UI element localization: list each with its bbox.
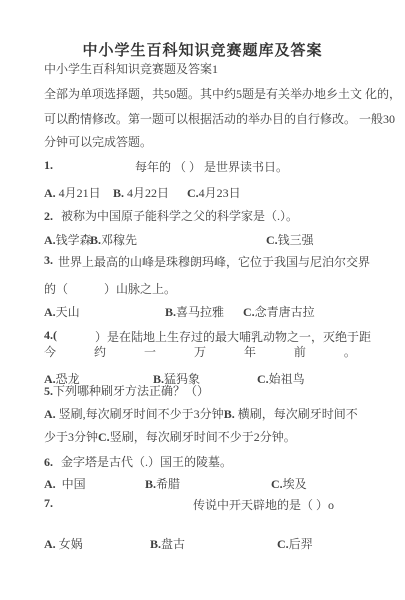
question-3-options: A.天山 B.喜马拉雅 C.念青唐古拉 (44, 303, 384, 319)
option-2b-text: 邓稼先 (101, 233, 137, 247)
justified-word: 前 (294, 343, 306, 360)
option-4c-text: 始祖鸟 (269, 372, 305, 386)
option-5a-text: 竖刷,每次刷牙时间不少于3分钟 (56, 407, 224, 421)
question-7-options: A. 女娲 B.盘古 C.后羿 (44, 535, 384, 551)
option-7a-label: A. (44, 537, 56, 551)
question-2-text: 被称为中国原子能科学之父的科学家是（.）。 (61, 209, 298, 223)
question-2: 2. 被称为中国原子能科学之父的科学家是（.）。 (44, 207, 298, 224)
option-5b-text: 横刷，每次刷牙时间不 (235, 407, 358, 421)
option-3b-text: 喜马拉雅 (176, 305, 224, 319)
question-1-text: 每年的 （ ） 是世界读书日。 (135, 158, 288, 175)
question-7-number: 7. (44, 496, 53, 510)
question-4: 4.( ）是在陆地上生存过的最大哺乳动物之一，灭绝于距 (44, 328, 57, 343)
option-5c-label: C. (98, 430, 110, 444)
option-5b-text-continued: 少于3分钟 (44, 430, 98, 444)
justified-word: 今 (44, 343, 56, 360)
option-2a-label: A. (44, 233, 56, 247)
question-3-text-2: 的（ ）山脉之上。 (44, 280, 176, 297)
option-5c-text: 竖刷，每次刷牙时间不少于2分钟。 (110, 430, 296, 444)
option-1a-text: 4月21日 (56, 186, 101, 200)
option-5a-label: A. (44, 407, 56, 421)
option-7c-text: 后羿 (289, 537, 313, 551)
question-3-text: 世界上最高的山峰是珠穆朗玛峰，它位于我国与尼泊尔交界 (58, 253, 370, 270)
option-7b-text: 盘古 (161, 537, 185, 551)
option-1b: B. 4月22日 (113, 184, 169, 201)
option-6a: A. 中国 (44, 475, 86, 492)
option-6c-text: 埃及 (283, 477, 307, 491)
option-1b-label: B. (113, 186, 124, 200)
justified-word: 年 (244, 343, 256, 360)
question-1-options: A. 4月21日 B. 4月22日 C.4月23日 (44, 184, 384, 200)
option-1a: A. 4月21日 (44, 184, 101, 201)
option-7c-label: C. (277, 537, 289, 551)
option-1b-text: 4月22日 (124, 186, 169, 200)
option-6b: B.希腊 (145, 475, 180, 492)
justified-word: 万 (194, 343, 206, 360)
question-5-text: 下列哪种刷牙方法正确？（） (53, 384, 209, 398)
option-3c: C.念青唐古拉 (243, 303, 315, 320)
question-6-options: A. 中国 B.希腊 C.埃及 (44, 475, 384, 491)
intro-line-3: 分钟可以完成答题。 (44, 133, 152, 150)
question-2-number: 2. (44, 209, 53, 223)
option-2a: A.钱学森 (44, 231, 92, 248)
option-7b-label: B. (150, 537, 161, 551)
question-6-text: 金字塔是古代（.）国王的陵墓。 (61, 455, 232, 469)
option-1c-text: 4月23日 (199, 186, 241, 200)
option-6a-text: 中国 (56, 477, 86, 491)
option-1c: C.4月23日 (187, 184, 241, 201)
option-2b-label: B. (90, 233, 101, 247)
question-2-options: A.钱学森 B.邓稼先 C.钱三强 (44, 231, 384, 247)
option-3b-label: B. (165, 305, 176, 319)
option-6b-text: 希腊 (156, 477, 180, 491)
option-2c-text: 钱三强 (278, 233, 314, 247)
option-6a-label: A. (44, 477, 56, 491)
option-7b: B.盘古 (150, 535, 185, 552)
option-7a-text: 女娲 (56, 537, 83, 551)
option-5b-label: B. (224, 407, 235, 421)
question-5-answer-line-1: A. 竖刷,每次刷牙时间不少于3分钟B. 横刷，每次刷牙时间不 (44, 405, 358, 422)
option-3a-label: A. (44, 305, 56, 319)
justified-word: 约 (94, 343, 106, 360)
question-6: 6. 金字塔是古代（.）国王的陵墓。 (44, 453, 232, 470)
intro-line-1: 全部为单项选择题，共50题。其中约5题是有关举办地乡土文 化的， (44, 85, 401, 102)
question-6-number: 6. (44, 455, 53, 469)
option-1c-label: C. (187, 186, 199, 200)
option-3a-text: 天山 (56, 305, 80, 319)
question-3: 3. 世界上最高的山峰是珠穆朗玛峰，它位于我国与尼泊尔交界 (44, 253, 53, 268)
justified-word: 一 (144, 343, 156, 360)
option-3c-text: 念青唐古拉 (255, 305, 315, 319)
document-page: 中小学生百科知识竞赛题库及答案 中小学生百科知识竞赛题及答案1 全部为单项选择题… (0, 0, 405, 600)
question-7-text: 传说中开天辟地的是（ ）o (193, 496, 334, 513)
justified-word: 。 (344, 343, 356, 360)
option-1a-label: A. (44, 186, 56, 200)
option-3b: B.喜马拉雅 (165, 303, 224, 320)
question-4-justified-line: 今 约 一 万 年 前 。 (44, 343, 356, 360)
document-title: 中小学生百科知识竞赛题库及答案 (0, 39, 405, 60)
option-7a: A. 女娲 (44, 535, 83, 552)
option-7c: C.后羿 (277, 535, 313, 552)
option-6c-label: C. (271, 477, 283, 491)
question-4-number: 4.( (44, 328, 57, 342)
option-2c-label: C. (266, 233, 278, 247)
option-6b-label: B. (145, 477, 156, 491)
question-5-number: 5. (44, 384, 53, 398)
option-3c-label: C. (243, 305, 255, 319)
question-5-answer-line-2: 少于3分钟C.竖刷，每次刷牙时间不少于2分钟。 (44, 428, 296, 445)
question-7: 7. 传说中开天辟地的是（ ）o (44, 496, 53, 511)
option-6c: C.埃及 (271, 475, 307, 492)
question-3-number: 3. (44, 253, 53, 267)
option-3a: A.天山 (44, 303, 80, 320)
question-5: 5.下列哪种刷牙方法正确？（） (44, 382, 209, 399)
option-2c: C.钱三强 (266, 231, 314, 248)
option-4c: C.始祖鸟 (257, 370, 305, 387)
question-1-number: 1. (44, 158, 53, 172)
intro-line-2: 可以酌情修改。第一题可以根据活动的举办目的自行修改。 一般30 (44, 110, 395, 127)
option-2a-text: 钱学森 (56, 233, 92, 247)
option-4c-label: C. (257, 372, 269, 386)
document-subtitle: 中小学生百科知识竞赛题及答案1 (44, 60, 218, 77)
question-1: 1. 每年的 （ ） 是世界读书日。 (44, 158, 53, 173)
option-2b: B.邓稼先 (90, 231, 137, 248)
